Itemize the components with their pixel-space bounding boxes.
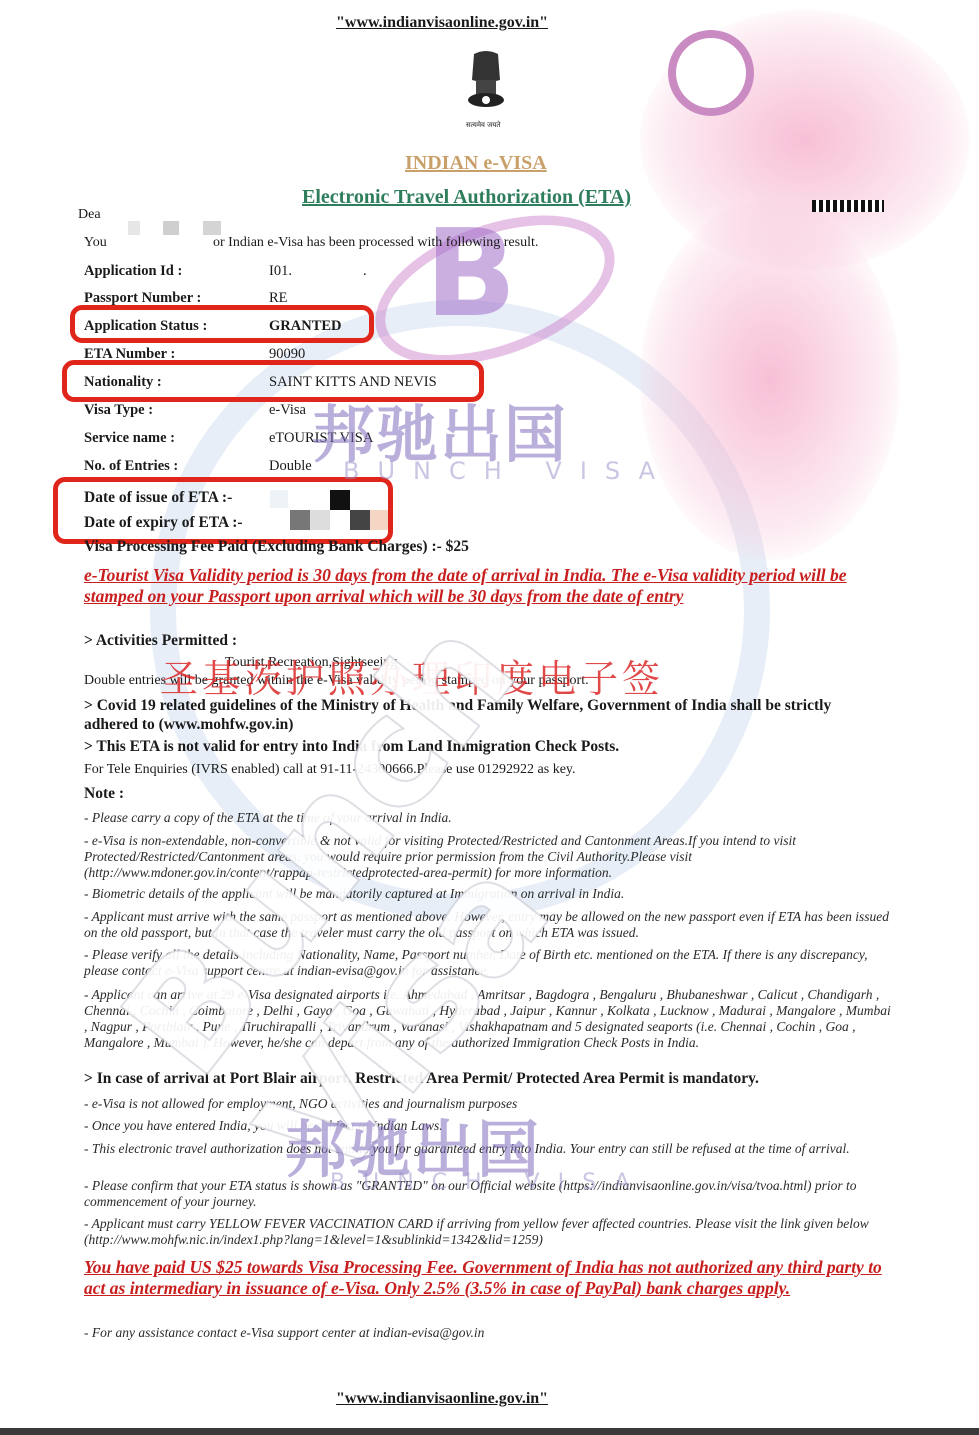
field-value-entries: Double: [269, 458, 312, 475]
dates-highlight-box: [53, 477, 393, 544]
top-right-redacted: [812, 200, 884, 212]
greeting: Dea: [78, 207, 101, 223]
field-label-service-name: Service name :: [84, 430, 175, 447]
national-emblem-icon: [462, 50, 510, 118]
redacted-name: [163, 221, 179, 235]
field-value-application-id: I01.: [269, 263, 292, 280]
mascot-face-icon: [668, 30, 754, 116]
field-label-entries: No. of Entries :: [84, 458, 178, 475]
status-highlight-box: [70, 305, 374, 343]
eta-document: B "www.indianvisaonline.gov.in" सत्यमेव …: [0, 0, 979, 1435]
field-label-visa-type: Visa Type :: [84, 402, 153, 419]
bottom-edge: [0, 1428, 979, 1435]
intro-right: or Indian e-Visa has been processed with…: [213, 235, 538, 251]
fee-banner: You have paid US $25 towards Visa Proces…: [84, 1257, 899, 1299]
field-value-application-id-extra: .: [363, 263, 367, 280]
note-heading: Note :: [84, 785, 124, 803]
brand-watermark-en-lower: BUNCH VISA: [330, 1170, 648, 1195]
fee-line: Visa Processing Fee Paid (Excluding Bank…: [84, 538, 469, 556]
assistance-note: - For any assistance contact e-Visa supp…: [84, 1325, 894, 1341]
footer-url-link[interactable]: "www.indianvisaonline.gov.in": [336, 1390, 548, 1408]
header-url-link[interactable]: "www.indianvisaonline.gov.in": [336, 14, 548, 32]
intro-left: You: [84, 235, 107, 251]
field-value-visa-type: e-Visa: [269, 402, 306, 419]
field-label-application-id: Application Id :: [84, 263, 182, 280]
redacted-name: [128, 221, 140, 235]
b-logo-icon: B: [425, 205, 516, 344]
redacted-name: [203, 221, 221, 235]
document-subtitle: Electronic Travel Authorization (ETA): [302, 186, 631, 209]
note-item: - Applicant must carry YELLOW FEVER VACC…: [84, 1216, 894, 1248]
document-title: INDIAN e-VISA: [405, 152, 547, 175]
emblem-caption: सत्यमेव जयते: [466, 121, 500, 130]
